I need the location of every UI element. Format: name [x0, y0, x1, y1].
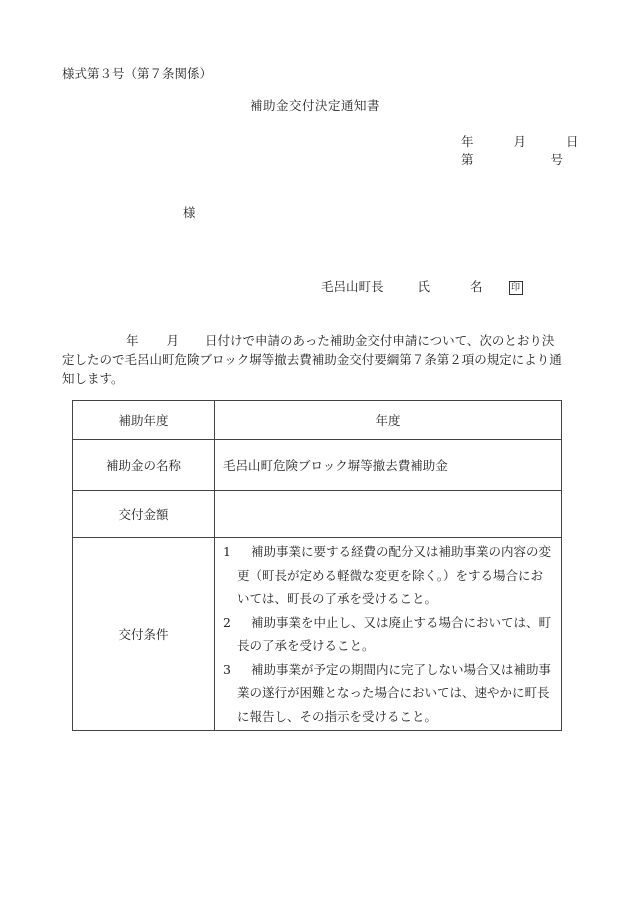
body-year: 年 — [126, 333, 139, 348]
conditions-cell: 1補助事業に要する経費の配分又は補助事業の内容の変更（町長が定める軽微な変更を除… — [215, 538, 562, 731]
seal-icon: 印 — [509, 281, 523, 295]
row-label: 交付金額 — [73, 491, 215, 538]
row-value: 年度 — [215, 401, 562, 440]
table-row: 交付条件 1補助事業に要する経費の配分又は補助事業の内容の変更（町長が定める軽微… — [73, 538, 562, 731]
month-label: 月 — [514, 132, 527, 150]
number-prefix: 第 — [461, 152, 474, 167]
condition-item: 2補助事業を中止し、又は廃止する場合においては、町長の了承を受けること。 — [223, 611, 555, 658]
table-row: 補助年度 年度 — [73, 401, 562, 440]
row-label: 交付条件 — [73, 538, 215, 731]
condition-item: 3補助事業が予定の期間内に完了しない場合又は補助事業の遂行が困難となった場合にお… — [223, 658, 555, 729]
year-label: 年 — [461, 132, 474, 150]
issuer: 毛呂山町長 氏 名 印 — [321, 277, 523, 295]
decision-table: 補助年度 年度 補助金の名称 毛呂山町危険ブロック塀等撤去費補助金 交付金額 交… — [72, 400, 562, 731]
number-suffix: 号 — [551, 152, 564, 167]
day-label: 日 — [566, 132, 579, 150]
body-month: 月 — [167, 333, 180, 348]
date-line: 年 月 日 — [461, 132, 579, 150]
document-title: 補助金交付決定通知書 — [0, 96, 630, 114]
body-text: 年月日付けで申請のあった補助金交付申請について、次のとおり決定したので毛呂山町危… — [62, 331, 562, 388]
row-label: 補助年度 — [73, 401, 215, 440]
issuer-title: 毛呂山町長 — [321, 279, 384, 294]
addressee-suffix: 様 — [183, 203, 196, 221]
form-number: 様式第３号（第７条関係） — [62, 64, 212, 82]
table-row: 補助金の名称 毛呂山町危険ブロック塀等撤去費補助金 — [73, 440, 562, 491]
row-value: 毛呂山町危険ブロック塀等撤去費補助金 — [215, 440, 562, 491]
row-value — [215, 491, 562, 538]
table-row: 交付金額 — [73, 491, 562, 538]
name-label-2: 名 — [470, 279, 483, 294]
condition-item: 1補助事業に要する経費の配分又は補助事業の内容の変更（町長が定める軽微な変更を除… — [223, 540, 555, 611]
name-label-1: 氏 — [418, 279, 431, 294]
number-line: 第 号 — [461, 150, 563, 168]
row-label: 補助金の名称 — [73, 440, 215, 491]
